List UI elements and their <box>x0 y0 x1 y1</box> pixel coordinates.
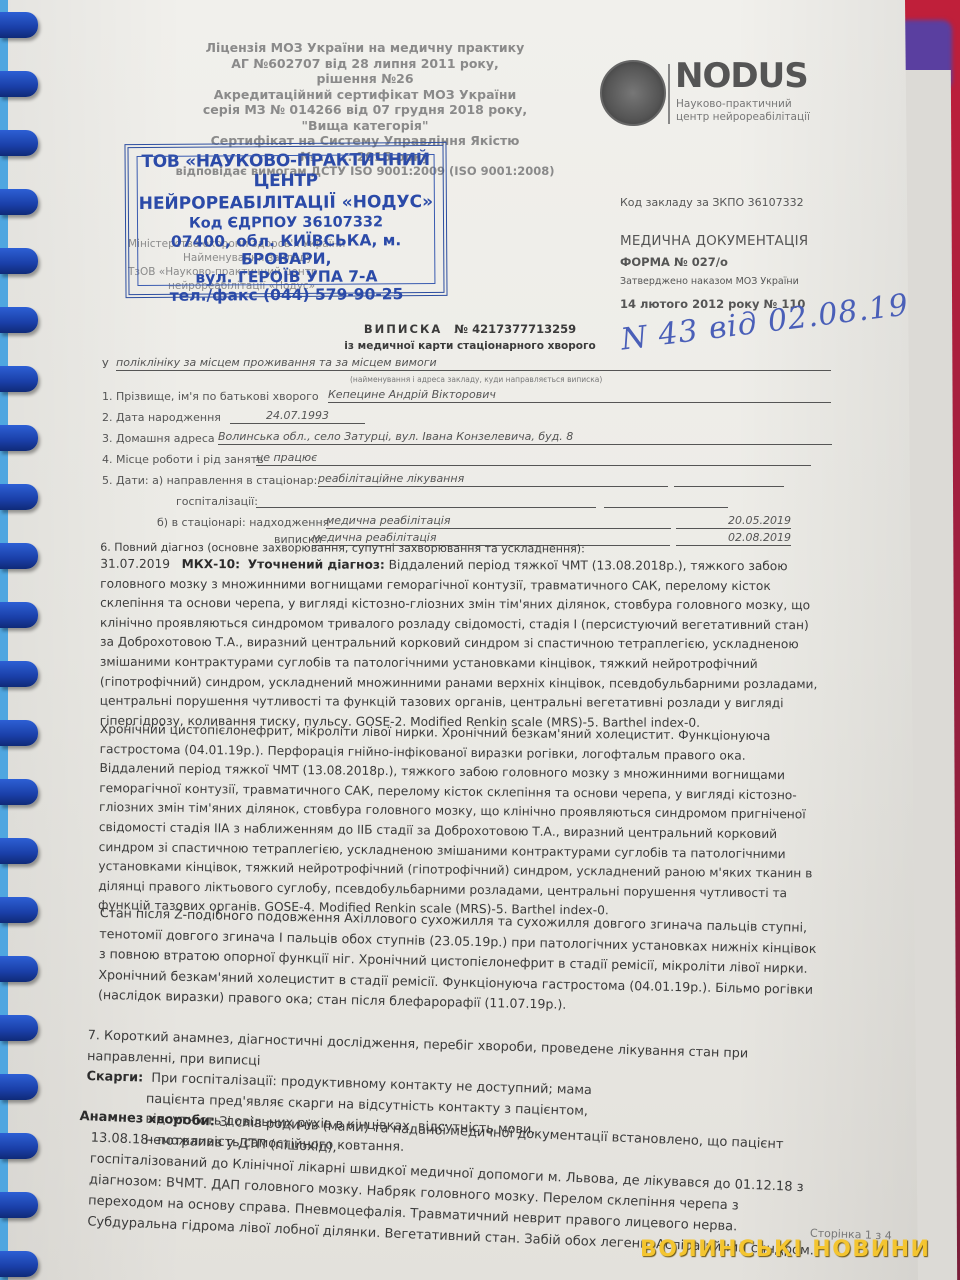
diagnosis-text: Віддалений період тяжкої ЧМТ (13.08.2018… <box>100 558 818 730</box>
title-word: ВИПИСКА <box>364 322 442 336</box>
patient-name-field: Кепецине Андрій Вікторович <box>328 388 831 403</box>
binding-ring <box>0 425 38 451</box>
diagnosis-date: 31.07.2019 <box>100 557 170 571</box>
license-line: серія МЗ № 014266 від 07 грудня 2018 рок… <box>150 102 580 118</box>
binding-ring <box>0 956 38 982</box>
binding-ring <box>0 71 38 97</box>
name-label: 1. Прізвище, ім'я по батькові хворого <box>102 390 319 403</box>
binding-ring <box>0 720 38 746</box>
diagnosis-para-2: Хронічний цистопієлонефрит, мікроліти лі… <box>98 720 820 923</box>
diagnosis-para-3: Стан після Z-подібного подовження Ахілло… <box>98 903 820 1021</box>
license-line: "Вища категорія" <box>150 118 580 134</box>
binding-ring <box>0 602 38 628</box>
diagnosis-section: 6. Повний діагноз (основне захворювання,… <box>100 541 821 734</box>
binding-ring <box>0 307 38 333</box>
license-line: Акредитаційний сертифікат МОЗ України <box>150 87 580 103</box>
institution-code: Код закладу за ЗКПО 36107332 <box>620 196 808 209</box>
binding-ring <box>0 1251 38 1277</box>
extract-number: № 4217377713259 <box>454 322 576 336</box>
mkh-label: МКХ-10: <box>182 557 240 571</box>
work-field: не працює <box>256 451 811 466</box>
diagnosis-text: Стан після Z-подібного подовження Ахілло… <box>98 905 817 1012</box>
refined-diagnosis-label: Уточнений діагноз: <box>248 557 385 571</box>
binding-ring <box>0 897 38 923</box>
watermark: ВОЛИНСЬКІ НОВИНИ <box>640 1237 930 1262</box>
binding-ring <box>0 12 38 38</box>
license-line: АГ №602707 від 28 липня 2011 року, <box>150 56 580 72</box>
logo-subtitle: Науково-практичний центр нейрореабілітац… <box>676 98 816 124</box>
destination-field: поліклініку за місцем проживання та за м… <box>116 356 831 371</box>
address-field: Волинська обл., село Затурці, вул. Івана… <box>218 430 832 445</box>
admission-date-field: 20.05.2019 <box>676 514 791 529</box>
address-label: 3. Домашня адреса <box>102 432 215 445</box>
form-info-block: Код закладу за ЗКПО 36107332 МЕДИЧНА ДОК… <box>620 196 808 311</box>
hospitalization-field <box>256 493 596 508</box>
hospitalization-label: госпіталізації: <box>176 495 258 508</box>
diagnosis-text: Хронічний цистопієлонефрит, мікроліти лі… <box>98 722 812 918</box>
emblem-icon <box>600 60 666 126</box>
history-label: Анамнез хвороби: <box>79 1109 215 1129</box>
form-number: ФОРМА № 027/о <box>620 255 808 269</box>
referral-date-field <box>674 472 784 487</box>
binding-ring <box>0 1015 38 1041</box>
logo-name: NODUS <box>675 56 808 96</box>
diagnosis-para-1: 31.07.2019 МКХ-10: Уточнений діагноз: Ві… <box>100 555 821 734</box>
complaints-label: Скарги: <box>86 1069 143 1086</box>
binding-ring <box>0 779 38 805</box>
dob-label: 2. Дата народження <box>102 411 221 424</box>
destination-hint: (найменування і адреса закладу, куди нап… <box>350 375 602 384</box>
binding-ring <box>0 1074 38 1100</box>
binding-ring <box>0 1133 38 1159</box>
license-line: Ліцензія МОЗ України на медичну практику <box>150 40 580 56</box>
to-prefix: У <box>102 358 109 371</box>
binding-ring <box>0 484 38 510</box>
title-subtitle: із медичної карти стаціонарного хворого <box>300 340 640 352</box>
referral-field: реабілітаційне лікування <box>318 472 668 487</box>
binding-ring <box>0 661 38 687</box>
binding-ring <box>0 130 38 156</box>
binding-ring <box>0 189 38 215</box>
official-stamp: ТОВ «НАУКОВО-ПРАКТИЧНИЙ ЦЕНТР НЕЙРОРЕАБІ… <box>124 142 447 298</box>
dob-field: 24.07.1993 <box>230 409 365 424</box>
med-doc-heading: МЕДИЧНА ДОКУМЕНТАЦІЯ <box>620 233 808 249</box>
stamp-line: тел./факс (044) 579-90-25 <box>129 285 443 305</box>
admission-label: б) в стаціонарі: надходження <box>157 516 329 529</box>
binding-ring <box>0 543 38 569</box>
document-title: ВИПИСКА № 4217377713259 із медичної карт… <box>300 322 640 352</box>
work-label: 4. Місце роботи і рід занять <box>102 453 264 466</box>
admission-field: медична реабілітація <box>326 514 671 529</box>
binding-ring <box>0 366 38 392</box>
document-page: Ліцензія МОЗ України на медичну практику… <box>0 0 918 1280</box>
hospitalization-date-field <box>604 493 728 508</box>
spiral-binding <box>0 0 40 1280</box>
binding-ring <box>0 838 38 864</box>
binding-ring <box>0 1192 38 1218</box>
approval-text: Затверджено наказом МОЗ України <box>620 276 808 287</box>
binding-ring <box>0 248 38 274</box>
dates-label: 5. Дати: а) направлення в стаціонар: <box>102 474 317 487</box>
license-line: рішення №26 <box>150 71 580 87</box>
